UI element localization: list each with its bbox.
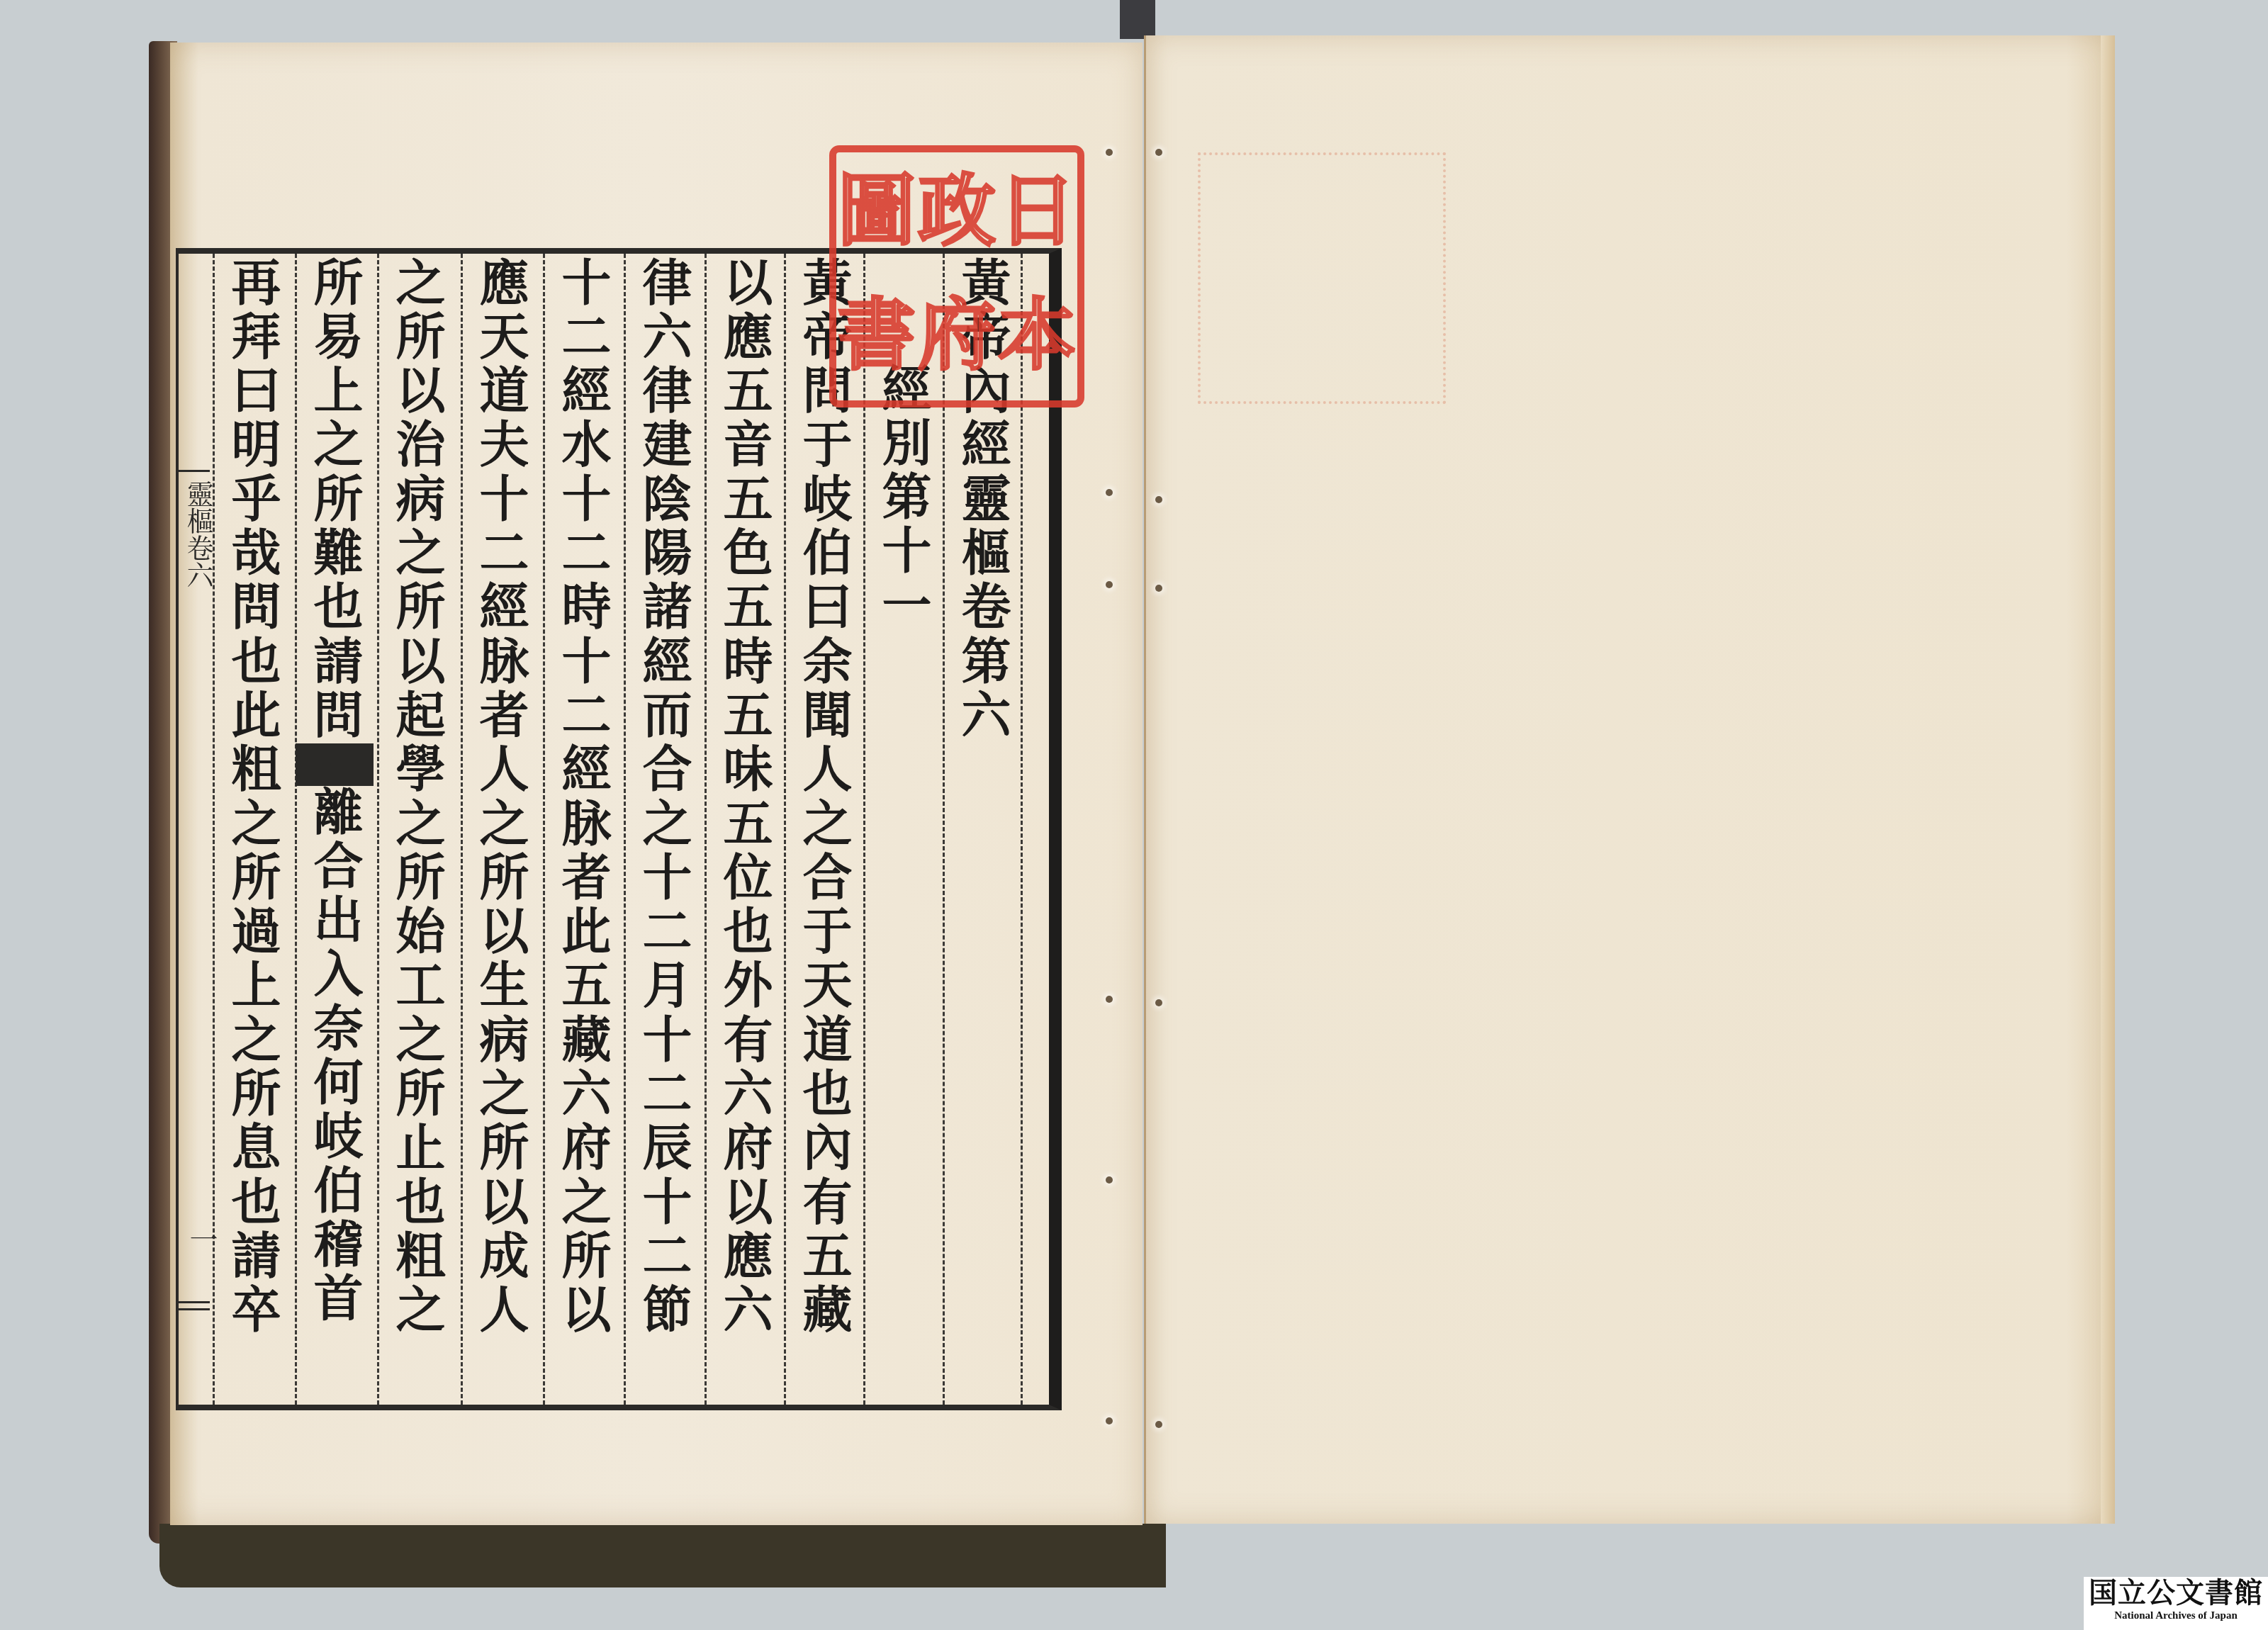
red-ownership-seal: 日 本 政 府 圖 書	[829, 145, 1084, 407]
body-text: 再拜曰明乎哉問也此粗之所過上之所息也請卒	[217, 257, 288, 1338]
margin-title: 靈樞卷六	[179, 480, 218, 588]
logo-english-text: National Archives of Japan	[2084, 1609, 2268, 1622]
stitch-hole	[1155, 149, 1162, 156]
volume-title-column: 黃帝內經靈樞卷第六	[943, 254, 1022, 1405]
stitch-hole	[1155, 585, 1162, 592]
margin-mark	[179, 1301, 210, 1303]
national-archives-logo: 国立公文書館 National Archives of Japan	[2084, 1577, 2268, 1630]
body-text-before-block: 所易上之所難也請問	[299, 257, 370, 743]
stitch-hole	[1106, 1176, 1113, 1184]
margin-fishtail-mark	[179, 470, 210, 472]
text-column-3: 黃帝問于岐伯曰余聞人之合于天道也內有五藏	[784, 254, 863, 1405]
body-text: 律六律建陰陽諸經而合之十二月十二辰十二節	[628, 257, 699, 1338]
body-text: 之所以治病之所以起學之所始工之所止也粗之	[381, 257, 452, 1338]
text-column-6: 十二經水十二時十二經脉者此五藏六府之所以	[543, 254, 622, 1405]
logo-japanese-text: 国立公文書館	[2084, 1577, 2268, 1609]
margin-mark	[179, 1308, 210, 1310]
text-column-4: 以應五音五色五時五味五位也外有六府以應六	[704, 254, 784, 1405]
seal-char: 府	[916, 276, 997, 400]
text-column-8: 之所以治病之所以起學之所始工之所止也粗之	[377, 254, 456, 1405]
stitch-hole	[1155, 999, 1162, 1006]
stitch-hole	[1106, 996, 1113, 1003]
stitch-hole	[1106, 1417, 1113, 1424]
text-column-5: 律六律建陰陽諸經而合之十二月十二辰十二節	[624, 254, 703, 1405]
seal-char: 圖	[836, 152, 916, 276]
text-column-7: 應天道夫十二經脉者人之所以生病之所以成人	[461, 254, 540, 1405]
blackened-character-block	[296, 743, 374, 786]
stitch-hole	[1155, 1421, 1162, 1428]
body-text: 以應五音五色五時五味五位也外有六府以應六	[709, 257, 780, 1338]
book-spine	[1120, 0, 1155, 39]
seal-char: 本	[997, 276, 1077, 400]
text-column-10: 再拜曰明乎哉問也此粗之所過上之所息也請卒	[213, 254, 292, 1405]
seal-char: 政	[916, 152, 997, 276]
stitch-hole	[1106, 581, 1113, 588]
body-text: 黃帝問于岐伯曰余聞人之合于天道也內有五藏	[788, 257, 859, 1338]
stitch-hole	[1106, 149, 1113, 156]
seal-char: 日	[997, 152, 1077, 276]
stitch-hole	[1155, 496, 1162, 503]
chapter-title-column: 經別第十一	[863, 254, 943, 1405]
seal-char: 書	[836, 276, 916, 400]
page-margin-banxin: 靈樞卷六 一	[176, 254, 213, 1405]
page-edge	[2101, 35, 2115, 1524]
seal-show-through	[1198, 152, 1446, 404]
book-cover-bottom-edge	[159, 1524, 1166, 1587]
body-text: 應天道夫十二經脉者人之所以生病之所以成人	[465, 257, 536, 1338]
margin-page-number: 一	[181, 1225, 222, 1253]
text-column-9: 所易上之所難也請問 離合出入奈何岐伯稽首	[295, 254, 374, 1405]
body-text: 十二經水十二時十二經脉者此五藏六府之所以	[547, 257, 618, 1338]
body-text-after-block: 離合出入奈何岐伯稽首	[299, 786, 370, 1327]
stitch-hole	[1106, 489, 1113, 496]
